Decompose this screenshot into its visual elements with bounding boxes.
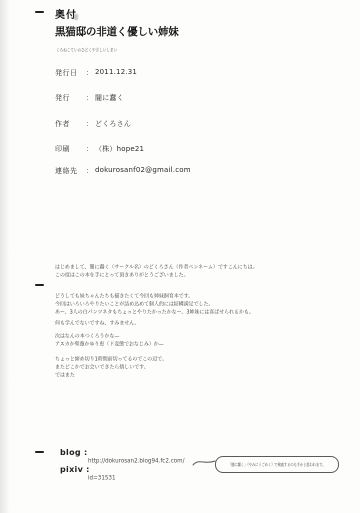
fold-mark-middle xyxy=(35,284,44,286)
afterword-paragraph-next-book: 次はなんの本つくろうかな— アスカか聖薇かゆり恵（ド変態でおなじみ）か— xyxy=(55,327,253,343)
blog-label: blog : xyxy=(60,448,87,457)
colophon-page: 奥付 黒猫邸の非道く優しい姉妹 くろねこていのひどくやさしいしまい 発行日 ： … xyxy=(0,0,360,513)
row-label: 作者 xyxy=(55,119,84,129)
afterword-paragraph-greeting: はじめまして、闇に蠢く（サークル名）のどくろさん（作者ペンネーム）ですこんにちは… xyxy=(55,258,360,274)
afterword-line: ちょっと締め切り1時間前切ってるのでこの辺で。 xyxy=(55,350,259,358)
row-colon: ： xyxy=(84,119,95,129)
book-title: 黒猫邸の非道く優しい姉妹 xyxy=(55,24,179,39)
blog-url-text: http://dokurosan2.blog94.fc2.com/ xyxy=(88,458,184,465)
row-label: 連絡先 xyxy=(55,166,84,176)
row-value: （株）hope21 xyxy=(95,144,144,154)
book-title-reading: くろねこていのひどくやさしいしまい xyxy=(56,40,192,48)
row-colon: ： xyxy=(84,68,95,78)
row-value: dokurosanf02@gmail.com xyxy=(95,166,191,176)
afterword-paragraph-commentary: どうしても妹ちゃんたちも描きたくて今回も姉妹飼育本です。 今回はいろいろやりたい… xyxy=(55,287,360,322)
pixiv-id-text: id=31531 xyxy=(88,475,116,482)
colophon-row-publisher-circle: 発行 ： 闇に蠢く xyxy=(55,93,124,103)
afterword-paragraph-closing: ちょっと締め切り1時間前切ってるのでこの辺で。 またどこかでお会いできたら嬉しい… xyxy=(55,350,259,375)
fold-mark-top xyxy=(35,11,44,13)
row-value: 2011.12.31 xyxy=(95,68,137,78)
afterword-line: 次はなんの本つくろうかな— xyxy=(55,327,253,335)
afterword-line: どうしても妹ちゃんたちも描きたくて今回も姉妹飼育本です。 xyxy=(55,287,360,295)
row-value: どくろさん xyxy=(95,119,131,129)
pixiv-label: pixiv : xyxy=(60,465,90,474)
pixiv-id: id=31531 xyxy=(88,467,132,476)
colophon-row-contact: 連絡先 ： dokurosanf02@gmail.com xyxy=(55,166,191,176)
callout-connector-icon xyxy=(192,456,216,468)
row-label: 印刷 xyxy=(55,144,84,154)
row-label: 発行日 xyxy=(55,68,84,78)
row-value: 闇に蠢く xyxy=(95,93,124,103)
row-colon: ： xyxy=(84,166,95,176)
colophon-row-printer: 印刷 ： （株）hope21 xyxy=(55,144,144,154)
afterword-line: はじめまして、闇に蠢く（サークル名）のどくろさん（作者ペンネーム）ですこんにちは… xyxy=(55,258,360,266)
tiny-print-mark xyxy=(74,14,78,20)
colophon-row-published-date: 発行日 ： 2011.12.31 xyxy=(55,68,137,78)
row-label: 発行 xyxy=(55,93,84,103)
fold-mark-bottom xyxy=(35,451,44,453)
search-hint-bubble: 「闇に蠢く」（やみにうごめく）で検索するのも手かと思われます。 xyxy=(215,456,339,473)
search-hint-text: 「闇に蠢く」（やみにうごめく）で検索するのも手かと思われます。 xyxy=(228,462,325,468)
colophon-row-author: 作者 ： どくろさん xyxy=(55,119,131,129)
row-colon: ： xyxy=(84,93,95,103)
book-title-reading-text: くろねこていのひどくやさしいしまい xyxy=(56,47,117,53)
row-colon: ： xyxy=(84,144,95,154)
